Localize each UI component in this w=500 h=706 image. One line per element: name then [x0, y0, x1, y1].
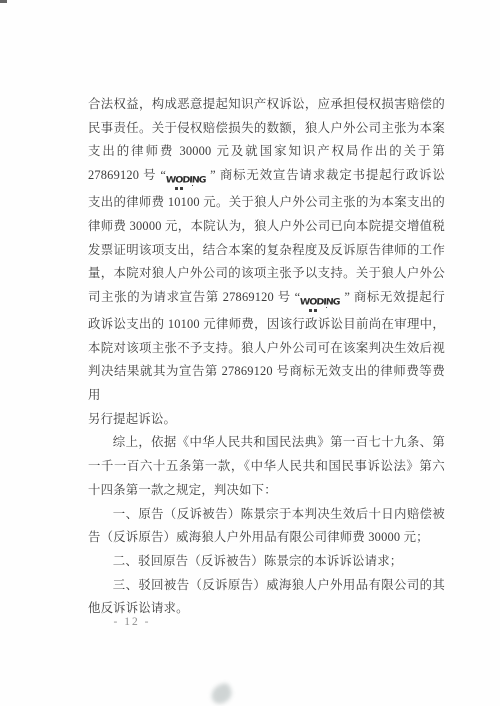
text-line: 判决结果就其为宣告第 27869120 号商标无效支出的律师费等费用 — [88, 360, 445, 407]
woding-logo-text: WODING — [166, 176, 210, 184]
woding-logo-subscript-marks — [309, 309, 312, 312]
text-line: 告（反诉原告）威海狼人户外用品有限公司律师费 30000 元； — [88, 526, 445, 550]
text-line: 量，本院对狼人户外公司的该项主张予以支持。关于狼人户外公 — [88, 262, 445, 286]
text-line: 十四条第一款之规定，判决如下： — [88, 479, 445, 503]
page-number: - 12 - — [106, 616, 158, 628]
text-line: 三、驳回被告（反诉原告）威海狼人户外用品有限公司的其 — [88, 574, 445, 598]
text-line: 二、驳回原告（反诉被告）陈景宗的本诉诉讼请求； — [88, 550, 445, 574]
text-line: 一、原告（反诉被告）陈景宗于本判决生效后十日内赔偿被 — [88, 503, 445, 527]
woding-logo-text: WODING — [300, 298, 344, 306]
woding-logo-subscript-marks — [175, 187, 178, 190]
text-line: 政诉讼支出的 10100 元律师费，因该行政诉讼目前尚在审理中， — [88, 313, 445, 337]
text-line: 发票证明该项支出，结合本案的复杂程度及反诉原告律师的工作 — [88, 239, 445, 263]
text-line: 本院对该项主张不予支持。狼人户外公司可在该案判决生效后视 — [88, 337, 445, 361]
scan-artifact-speck — [0, 0, 7, 3]
judgment-text: 合法权益，构成恶意提起知识产权诉讼，应承担侵权损害赔偿的民事责任。关于侵权赔偿损… — [88, 93, 445, 621]
woding-trademark-logo: WODING — [300, 298, 344, 313]
text-line: 律师费 30000 元，本院认为，狼人户外公司已向本院提交增值税 — [88, 215, 445, 239]
text-line: 27869120 号 “WODING” 商标无效宣告请求裁定书提起行政诉讼 — [88, 164, 445, 191]
text-line: 合法权益，构成恶意提起知识产权诉讼，应承担侵权损害赔偿的 — [88, 93, 445, 117]
text-line: 支出的律师费 10100 元。关于狼人户外公司主张的为本案支出的 — [88, 191, 445, 215]
woding-trademark-logo: WODING — [166, 176, 210, 191]
text-line: 另行提起诉讼。 — [88, 408, 445, 432]
text-line: 民事责任。关于侵权赔偿损失的数额，狼人户外公司主张为本案 — [88, 117, 445, 141]
text-line: 一千一百六十五条第一款，《中华人民共和国民事诉讼法》第六 — [88, 455, 445, 479]
scan-artifact-smudge — [208, 681, 235, 706]
text-line: 司主张的为请求宣告第 27869120 号 “WODING” 商标无效提起行 — [88, 286, 445, 313]
text-line: 支出的律师费 30000 元及就国家知识产权局作出的关于第 — [88, 140, 445, 164]
text-line: 综上，依据《中华人民共和国民法典》第一百七十九条、第 — [88, 431, 445, 455]
document-page: 合法权益，构成恶意提起知识产权诉讼，应承担侵权损害赔偿的民事责任。关于侵权赔偿损… — [0, 0, 500, 706]
